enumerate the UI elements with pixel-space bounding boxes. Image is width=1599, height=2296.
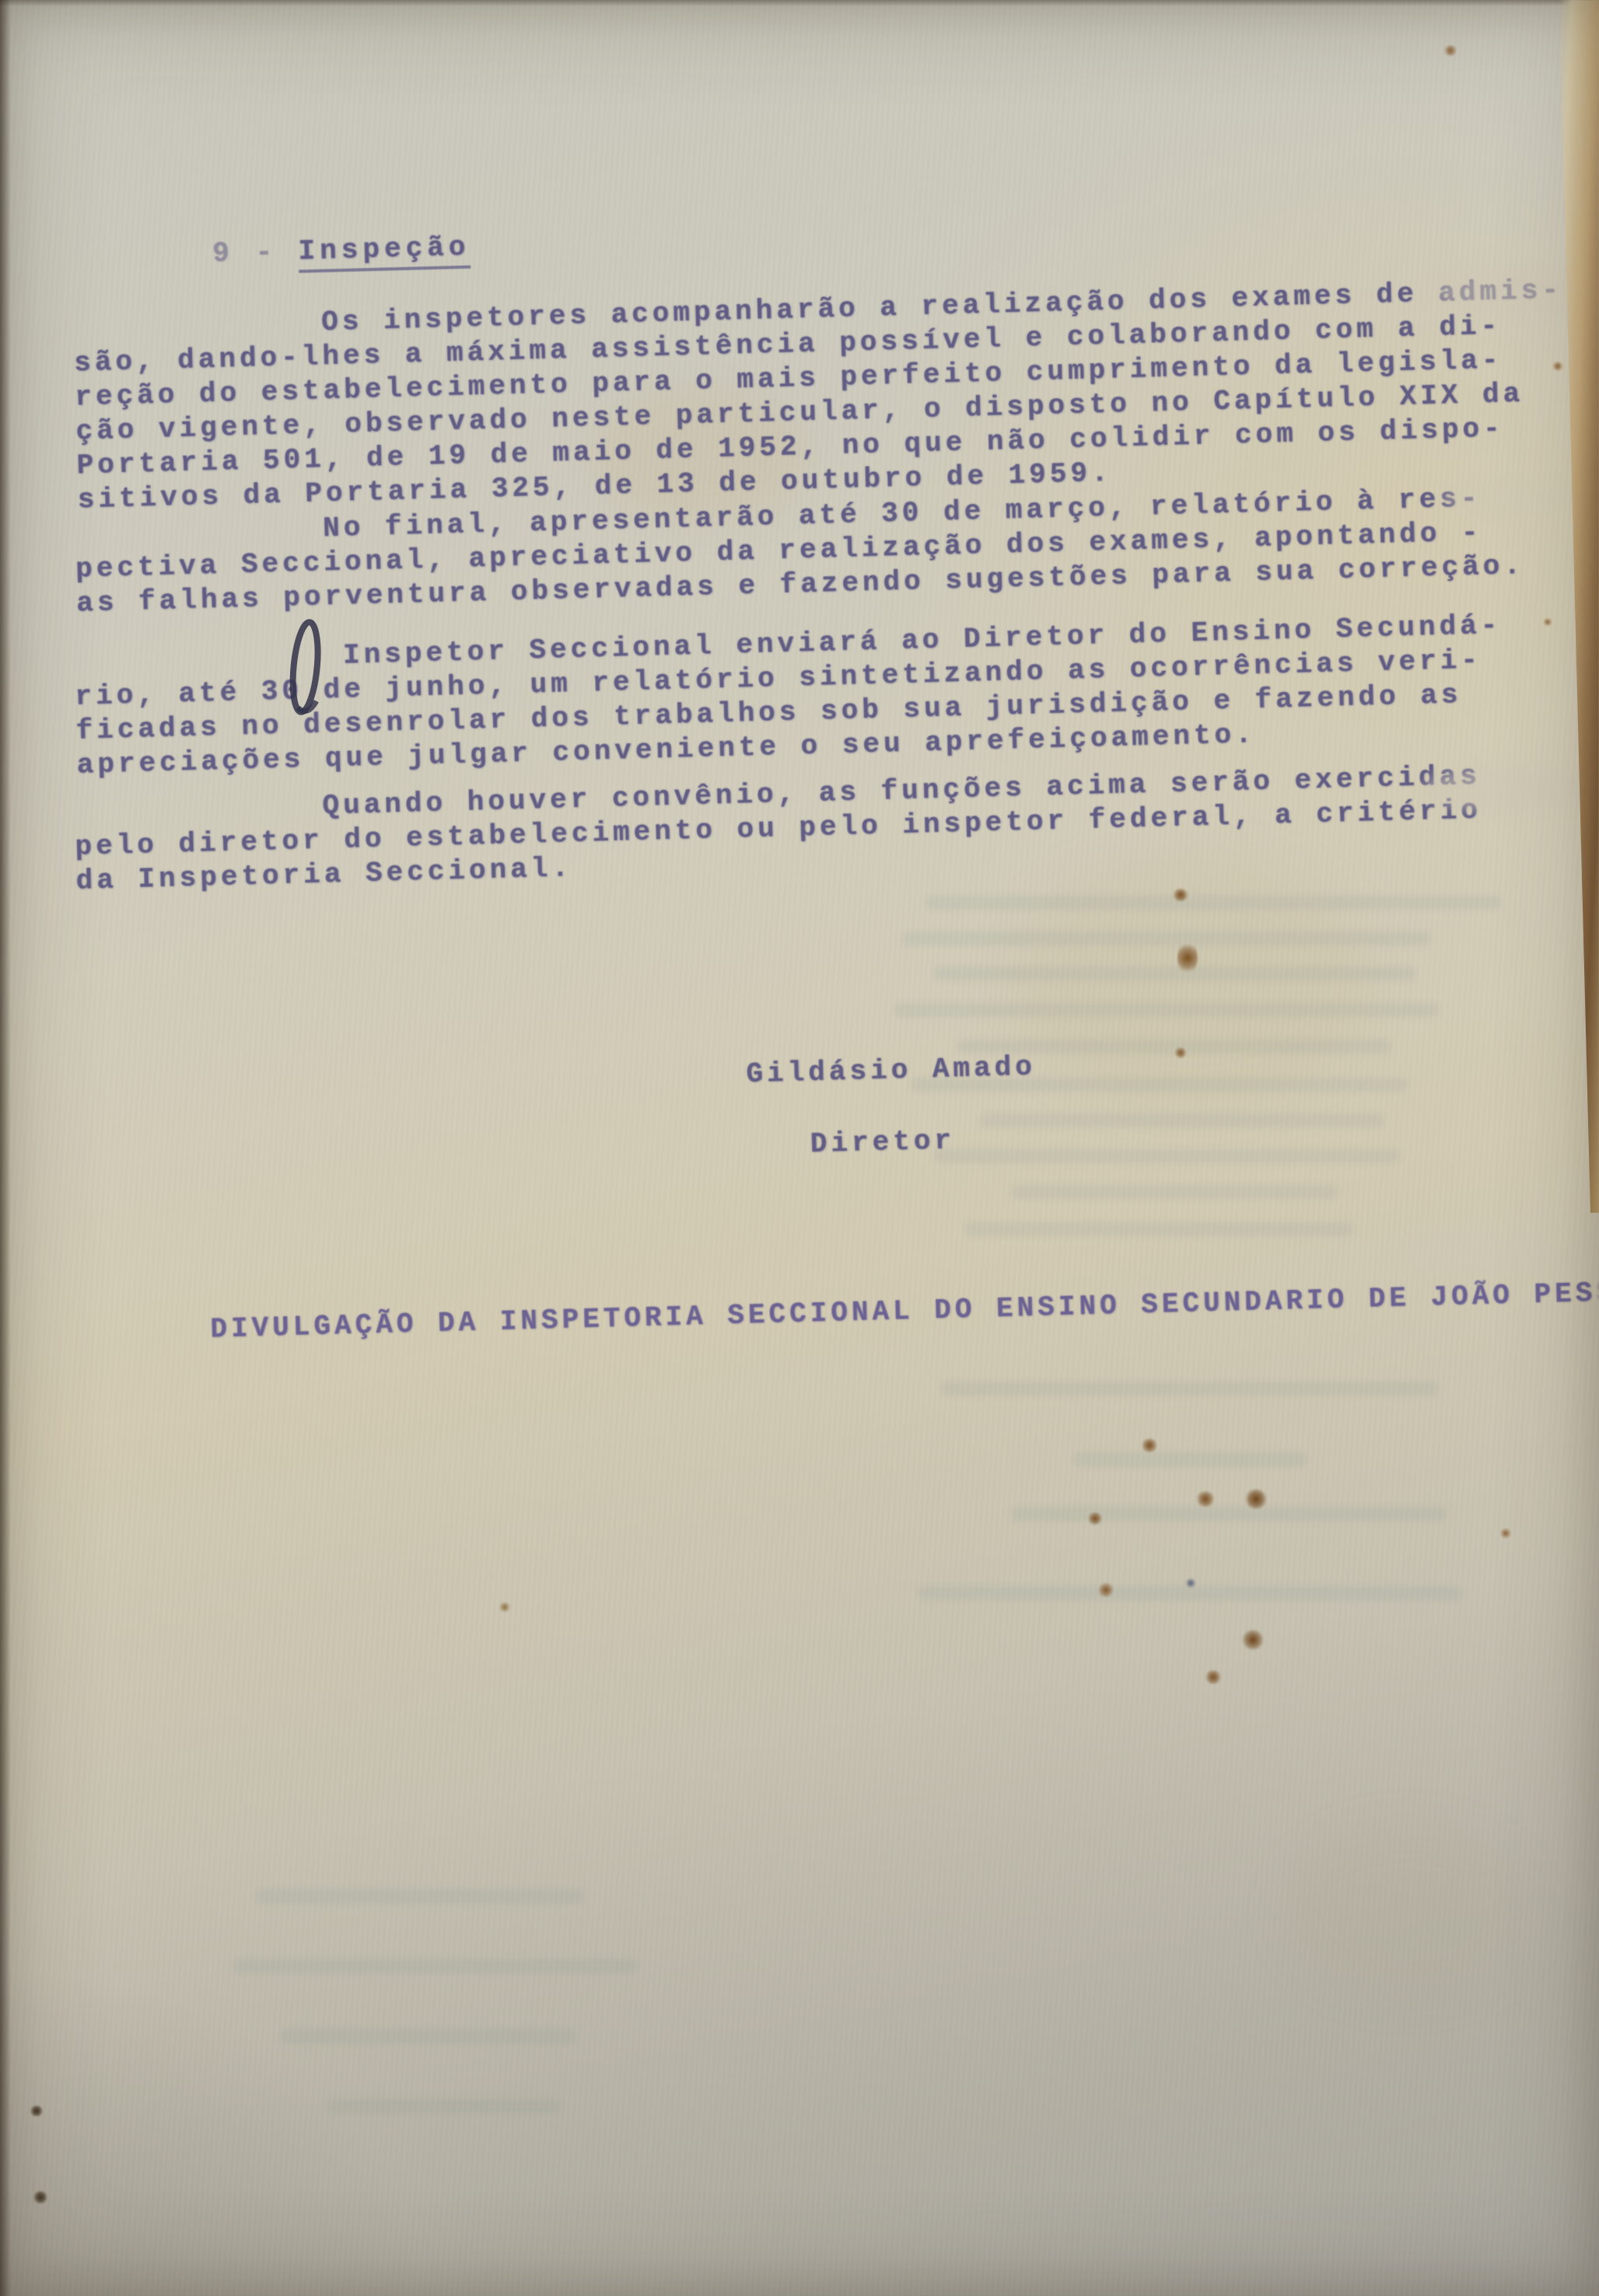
- stamp-text: DIVULGAÇÃO DA INSPETORIA SECCIONAL DO EN…: [210, 1277, 1597, 1346]
- section-number: 9 -: [212, 236, 299, 270]
- paragraph-4: Quando houver convênio, as funções acima…: [74, 760, 1483, 899]
- paragraph-1: Os inspetores acompanharão a realização …: [73, 274, 1568, 518]
- section-title: Inspeção: [298, 231, 471, 273]
- document-photo: 9 - Inspeção Os inspetores acompanharão …: [0, 0, 1599, 2296]
- signature-name: Gildásio Amado: [746, 1050, 1036, 1092]
- stamp-text-faded: SOA: [1596, 1276, 1599, 1309]
- signature-title: Diretor: [810, 1124, 955, 1162]
- divulgacao-stamp-line: DIVULGAÇÃO DA INSPETORIA SECCIONAL DO EN…: [85, 1241, 1599, 1385]
- handwritten-o-mark: [285, 613, 325, 725]
- typed-text-layer: 9 - Inspeção Os inspetores acompanharão …: [0, 0, 1599, 2295]
- section-heading: 9 - Inspeção: [82, 196, 471, 309]
